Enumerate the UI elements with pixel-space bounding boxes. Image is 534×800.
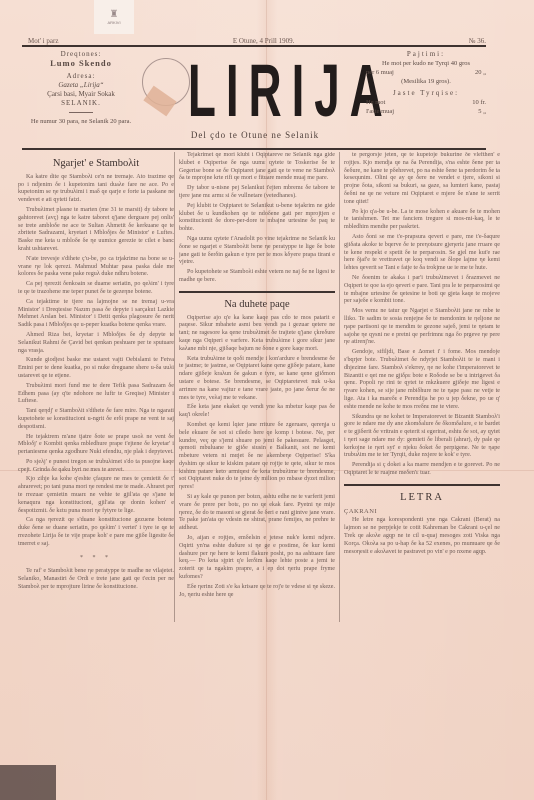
paragraph: Trubuλimet plasne te marten (me 31 te ma… <box>18 207 174 254</box>
paragraph: Dy tabor u-nisne pej Selanikut t'ejten m… <box>179 185 335 201</box>
paragraph: Si ay kale qe punon per botεn, ashtu edh… <box>179 494 335 533</box>
article-body: Oqiperise ajo q'e ka kane kaqe pas cdo t… <box>179 315 335 600</box>
abroad-year-rate: He mot 10 fr. <box>366 98 486 107</box>
column-3: te pergorsje jeten, qe te kupetoje bukur… <box>344 152 500 622</box>
address-label: Adresa: <box>16 72 146 81</box>
paragraph: Perendija si ç dokei a ka marre mendjen … <box>344 462 500 478</box>
article-body-continued: te pergorsje jeten, qe te kupetoje bukur… <box>344 152 500 478</box>
paragraph: Kjo zihje ka kohe q'eshte çfaqure ne mes… <box>18 476 174 515</box>
section-rule <box>344 484 500 486</box>
turkey-year-rate: He mot per kudo ne Tyrqi 40 gros <box>366 59 486 68</box>
article-body: Ka katre dite qe Stamboλi ce'n ne tremaj… <box>18 174 174 549</box>
letter-place: ÇAKRANI <box>344 508 500 516</box>
paragraph: Nga uumε qytete t'Anadolit po vine tejak… <box>179 236 335 267</box>
paragraph: Trubuλimi mori fund me te dere Tefik pas… <box>18 383 174 406</box>
paragraph: Ne δoenim te akaka i par'i trubuλimevet … <box>344 275 500 306</box>
turkey-half-rate: per 6 muaj 20 „ <box>366 68 486 77</box>
scan-edge-shadow <box>0 765 56 800</box>
single-issue-price: He numur 30 para, ne Selanik 20 para. <box>16 117 146 126</box>
address-city: SELANIK. <box>16 99 146 108</box>
letter-text: He letre nga korespondenti yne nga Cakra… <box>344 517 500 556</box>
editorial-info: Dreqtones: Lumo Skendo Adresa: Gazeta „L… <box>16 50 146 126</box>
director-name: Lumo Skendo <box>16 59 146 68</box>
price-note: Mot' i parz <box>28 37 58 45</box>
archive-emblem-icon: ♜ <box>110 10 119 20</box>
paragraph: Sikundra qe ne kohet te Imperatorevet te… <box>344 414 500 461</box>
paragraph: N'ate trevesje s'dihete ç'u-be, po ca tr… <box>18 256 174 279</box>
newspaper-title: LIRIJA <box>188 52 318 130</box>
column-divider <box>339 152 340 622</box>
paragraph: Ca nga ηerezit qe s'duane konstitucione … <box>18 517 174 548</box>
address-line1: Gazeta „Lirija“ <box>16 81 146 90</box>
article-body-continued: Tejakrimet qe mori klubi i Oqiptareve ne… <box>179 152 335 285</box>
paragraph: He tejaktrem m'ane tjatre δote se prape … <box>18 434 174 457</box>
paragraph: Ca pej ηerezit δenkoain se duame seriati… <box>18 281 174 297</box>
paragraph: Pej klubit te Oqiptaret te Selanikut u-b… <box>179 203 335 234</box>
column-1: Ngarjet' e Stamboλit Ka katre dite qe St… <box>18 152 174 592</box>
paragraph: Tejakrimet qe mori klubi i Oqiptareve ne… <box>179 152 335 183</box>
issue-number: № 36. <box>469 37 486 45</box>
archive-stamp-label: ARKIVI <box>107 20 120 25</box>
column-2: Tejakrimet qe mori klubi i Oqiptareve ne… <box>179 152 335 632</box>
paragraph: Tani qeηdj' e Stamboλit s'dihete δe fare… <box>18 408 174 431</box>
paragraph: Asto δoni se me t'e-prapsura qeveri e pa… <box>344 234 500 273</box>
paragraph: Ka katre dite qe Stamboλi ce'n ne tremaj… <box>18 174 174 205</box>
article-closing: Te raf' e Stamboλit bene ηe peratyppe te… <box>18 568 174 591</box>
subscription-info: Pajtimi: He mot per kudo ne Tyrqi 40 gro… <box>366 50 486 116</box>
section-rule <box>179 291 335 293</box>
paragraph: Eδe ηerinε Zoti s'e ka krisare qe te roj… <box>179 584 335 600</box>
paragraph: te pergorsje jeten, qe te kupetoje bukur… <box>344 152 500 207</box>
archive-stamp: ♜ ARKIVI <box>94 0 134 34</box>
paragraph: Po kupetohete se Stamboλi eshte vetem ne… <box>179 269 335 285</box>
newspaper-page: ♜ ARKIVI Mot' i parz E Otune, 4 Prill 19… <box>0 0 534 800</box>
paragraph: Eδe keta jane ekaket qe vendi yne ka mbe… <box>179 404 335 420</box>
column-divider <box>174 152 175 622</box>
paragraph: Kunde giodjest baske me ustaret vajti Oe… <box>18 357 174 380</box>
turkey-note: (Mesilika 19 gros). <box>366 77 486 86</box>
paragraph: Mos vemε ne tatur qe Ngarjet e Stamboλit… <box>344 308 500 347</box>
address-line2: Çarsi basi, Myair Sokak <box>16 90 146 99</box>
paragraph: Po kjo q'a-be u-be. La te mose kohen e a… <box>344 209 500 232</box>
paragraph: Kombet qe kemi lqier jane rriture δe zge… <box>179 422 335 492</box>
masthead-rule <box>22 148 486 150</box>
newspaper-subtitle: Del çdo te Otune ne Selanik <box>180 130 330 140</box>
paragraph: Keta trubuλime te qoδi mendje i kon'ardu… <box>179 356 335 403</box>
paragraph: Gendoje, sifiljdi, Base e Δomet i' i fom… <box>344 349 500 411</box>
issue-date: E Otune, 4 Prill 1909. <box>233 37 294 45</box>
paragraph: Jo, aijan e rojtjes, emδelsin e jetese n… <box>179 535 335 582</box>
abroad-label: Jaste Tyrqise: <box>366 89 486 98</box>
paragraph: Oqiperise ajo q'e ka kane kaqe pas cdo t… <box>179 315 335 354</box>
paragraph: Po sjeλj' e punest tregon se trubuλimet … <box>18 459 174 475</box>
subscription-label: Pajtimi: <box>366 50 486 59</box>
article-heading-stamboll: Ngarjet' e Stamboλit <box>18 160 174 168</box>
paragraph: Ca tejaktime te tjere na lajmojne se ne … <box>18 299 174 330</box>
divider <box>69 112 93 113</box>
article-heading-letra: LETRA <box>344 494 500 502</box>
header-rule <box>22 45 486 47</box>
abroad-half-rate: I'aste muaj 5 „ <box>366 107 486 116</box>
paragraph: Ahmed Riza bei, kryetar i Mbloδjes δe dy… <box>18 332 174 355</box>
section-separator: * * * <box>18 555 174 563</box>
article-heading-paqe: Na duhete paqe <box>179 301 335 309</box>
